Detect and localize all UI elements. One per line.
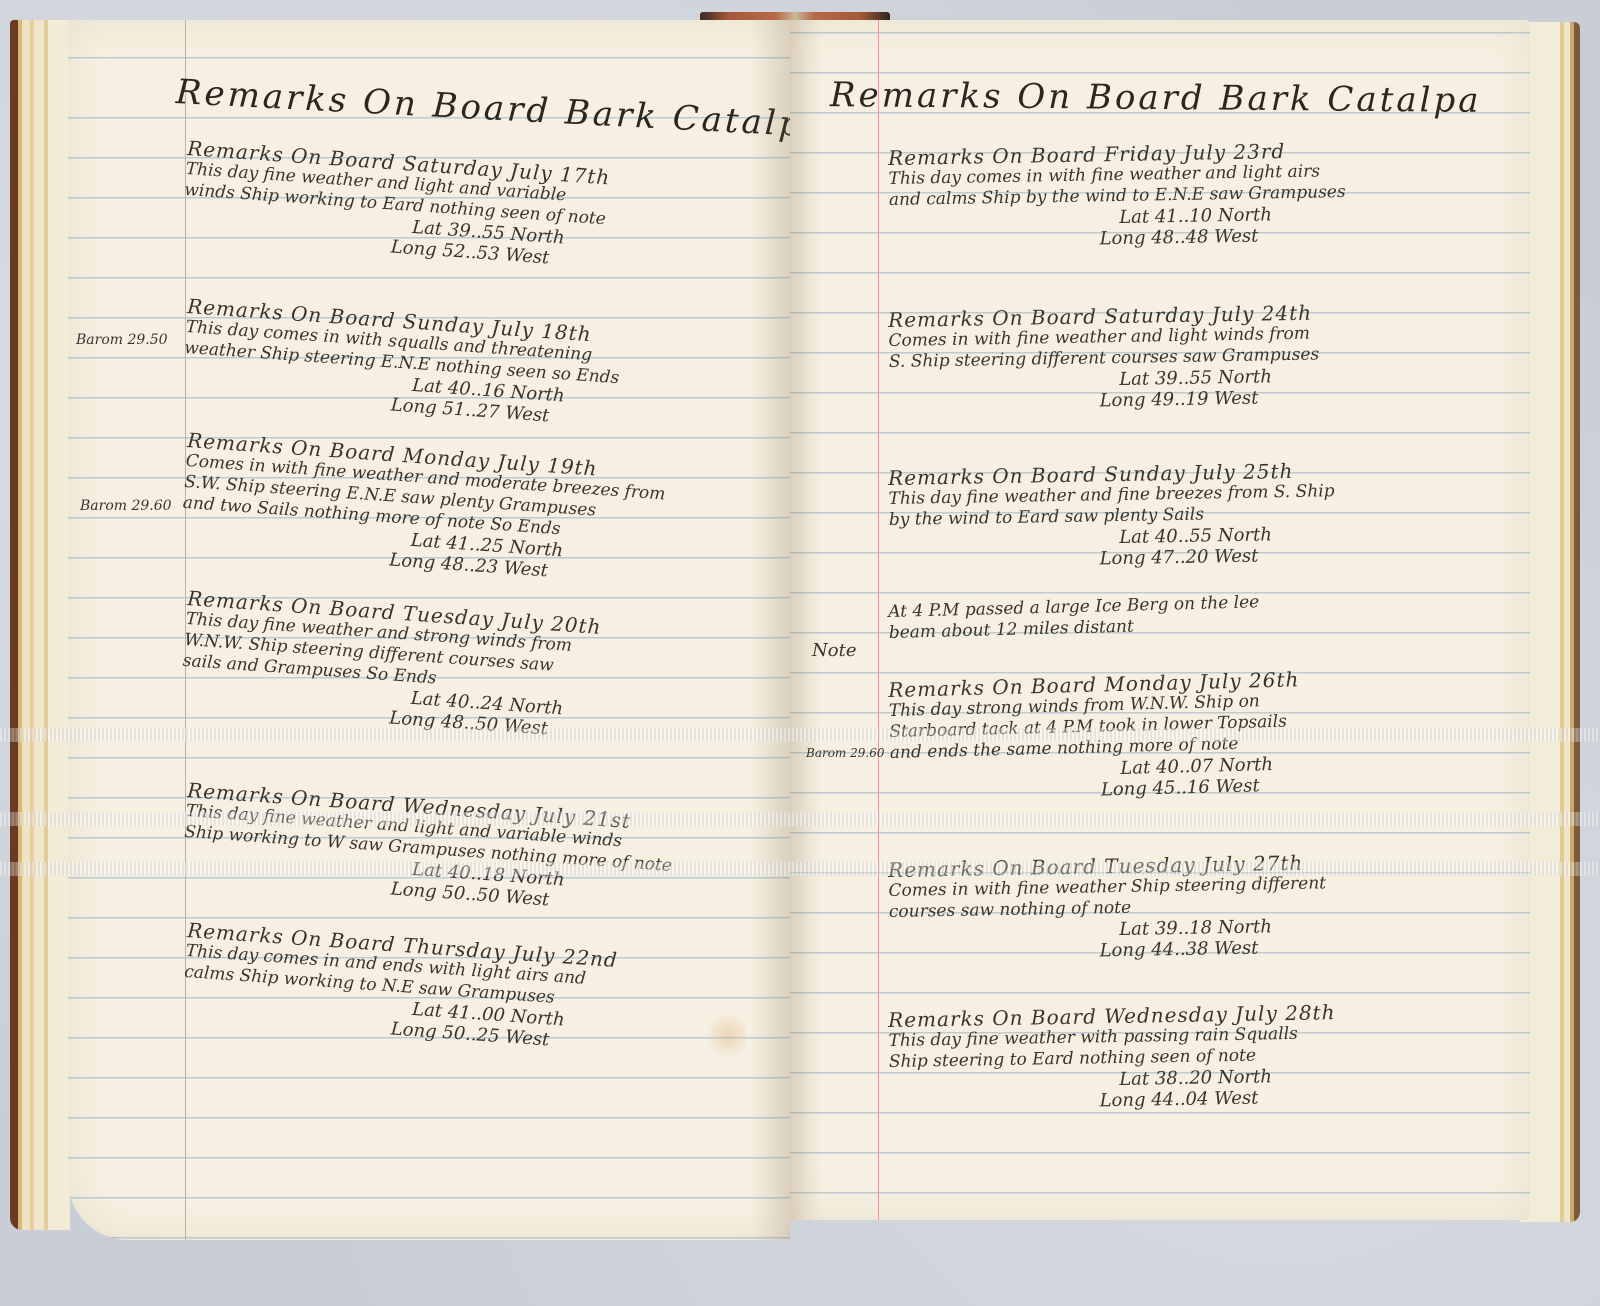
paper-stain — [708, 1010, 748, 1060]
log-entry: Remarks On Board Sunday July 18th This d… — [181, 296, 623, 431]
left-page: Remarks On Board Bark Catalpa Barom 29.5… — [68, 20, 790, 1240]
log-entry: Remarks On Board Sunday July 25th This d… — [888, 460, 1336, 573]
log-entry: Remarks On Board Monday July 19th Comes … — [179, 430, 667, 589]
book-cover-left-edge — [10, 20, 70, 1230]
scan-artifact-band — [0, 862, 1600, 876]
scan-artifact-band — [0, 728, 1600, 742]
margin-line — [878, 20, 879, 1220]
page-heading: Remarks On Board Bark Catalpa — [830, 75, 1482, 121]
log-entry: Remarks On Board Tuesday July 20th This … — [179, 588, 602, 743]
log-entry: Remarks On Board Friday July 23rd This d… — [888, 140, 1347, 253]
log-entry: Remarks On Board Saturday July 17th This… — [181, 138, 611, 272]
margin-note: Note — [812, 640, 856, 661]
log-entry: Remarks On Board Saturday July 24th Come… — [888, 302, 1320, 414]
log-entry: Remarks On Board Wednesday July 28th Thi… — [888, 1002, 1337, 1115]
scan-artifact-band — [0, 812, 1600, 826]
margin-note-barometer: Barom 29.60 — [806, 746, 884, 760]
margin-note-barometer: Barom 29.50 — [76, 332, 168, 348]
margin-note-barometer: Barom 29.60 — [80, 498, 172, 514]
log-entry-note: At 4 P.M passed a large Ice Berg on the … — [888, 592, 1260, 644]
log-entry: Remarks On Board Wednesday July 21st Thi… — [181, 780, 676, 919]
log-entry: Remarks On Board Thursday July 22nd This… — [181, 920, 619, 1055]
page-heading: Remarks On Board Bark Catalpa — [175, 72, 828, 146]
right-page: Remarks On Board Bark Catalpa Note Barom… — [790, 20, 1530, 1220]
